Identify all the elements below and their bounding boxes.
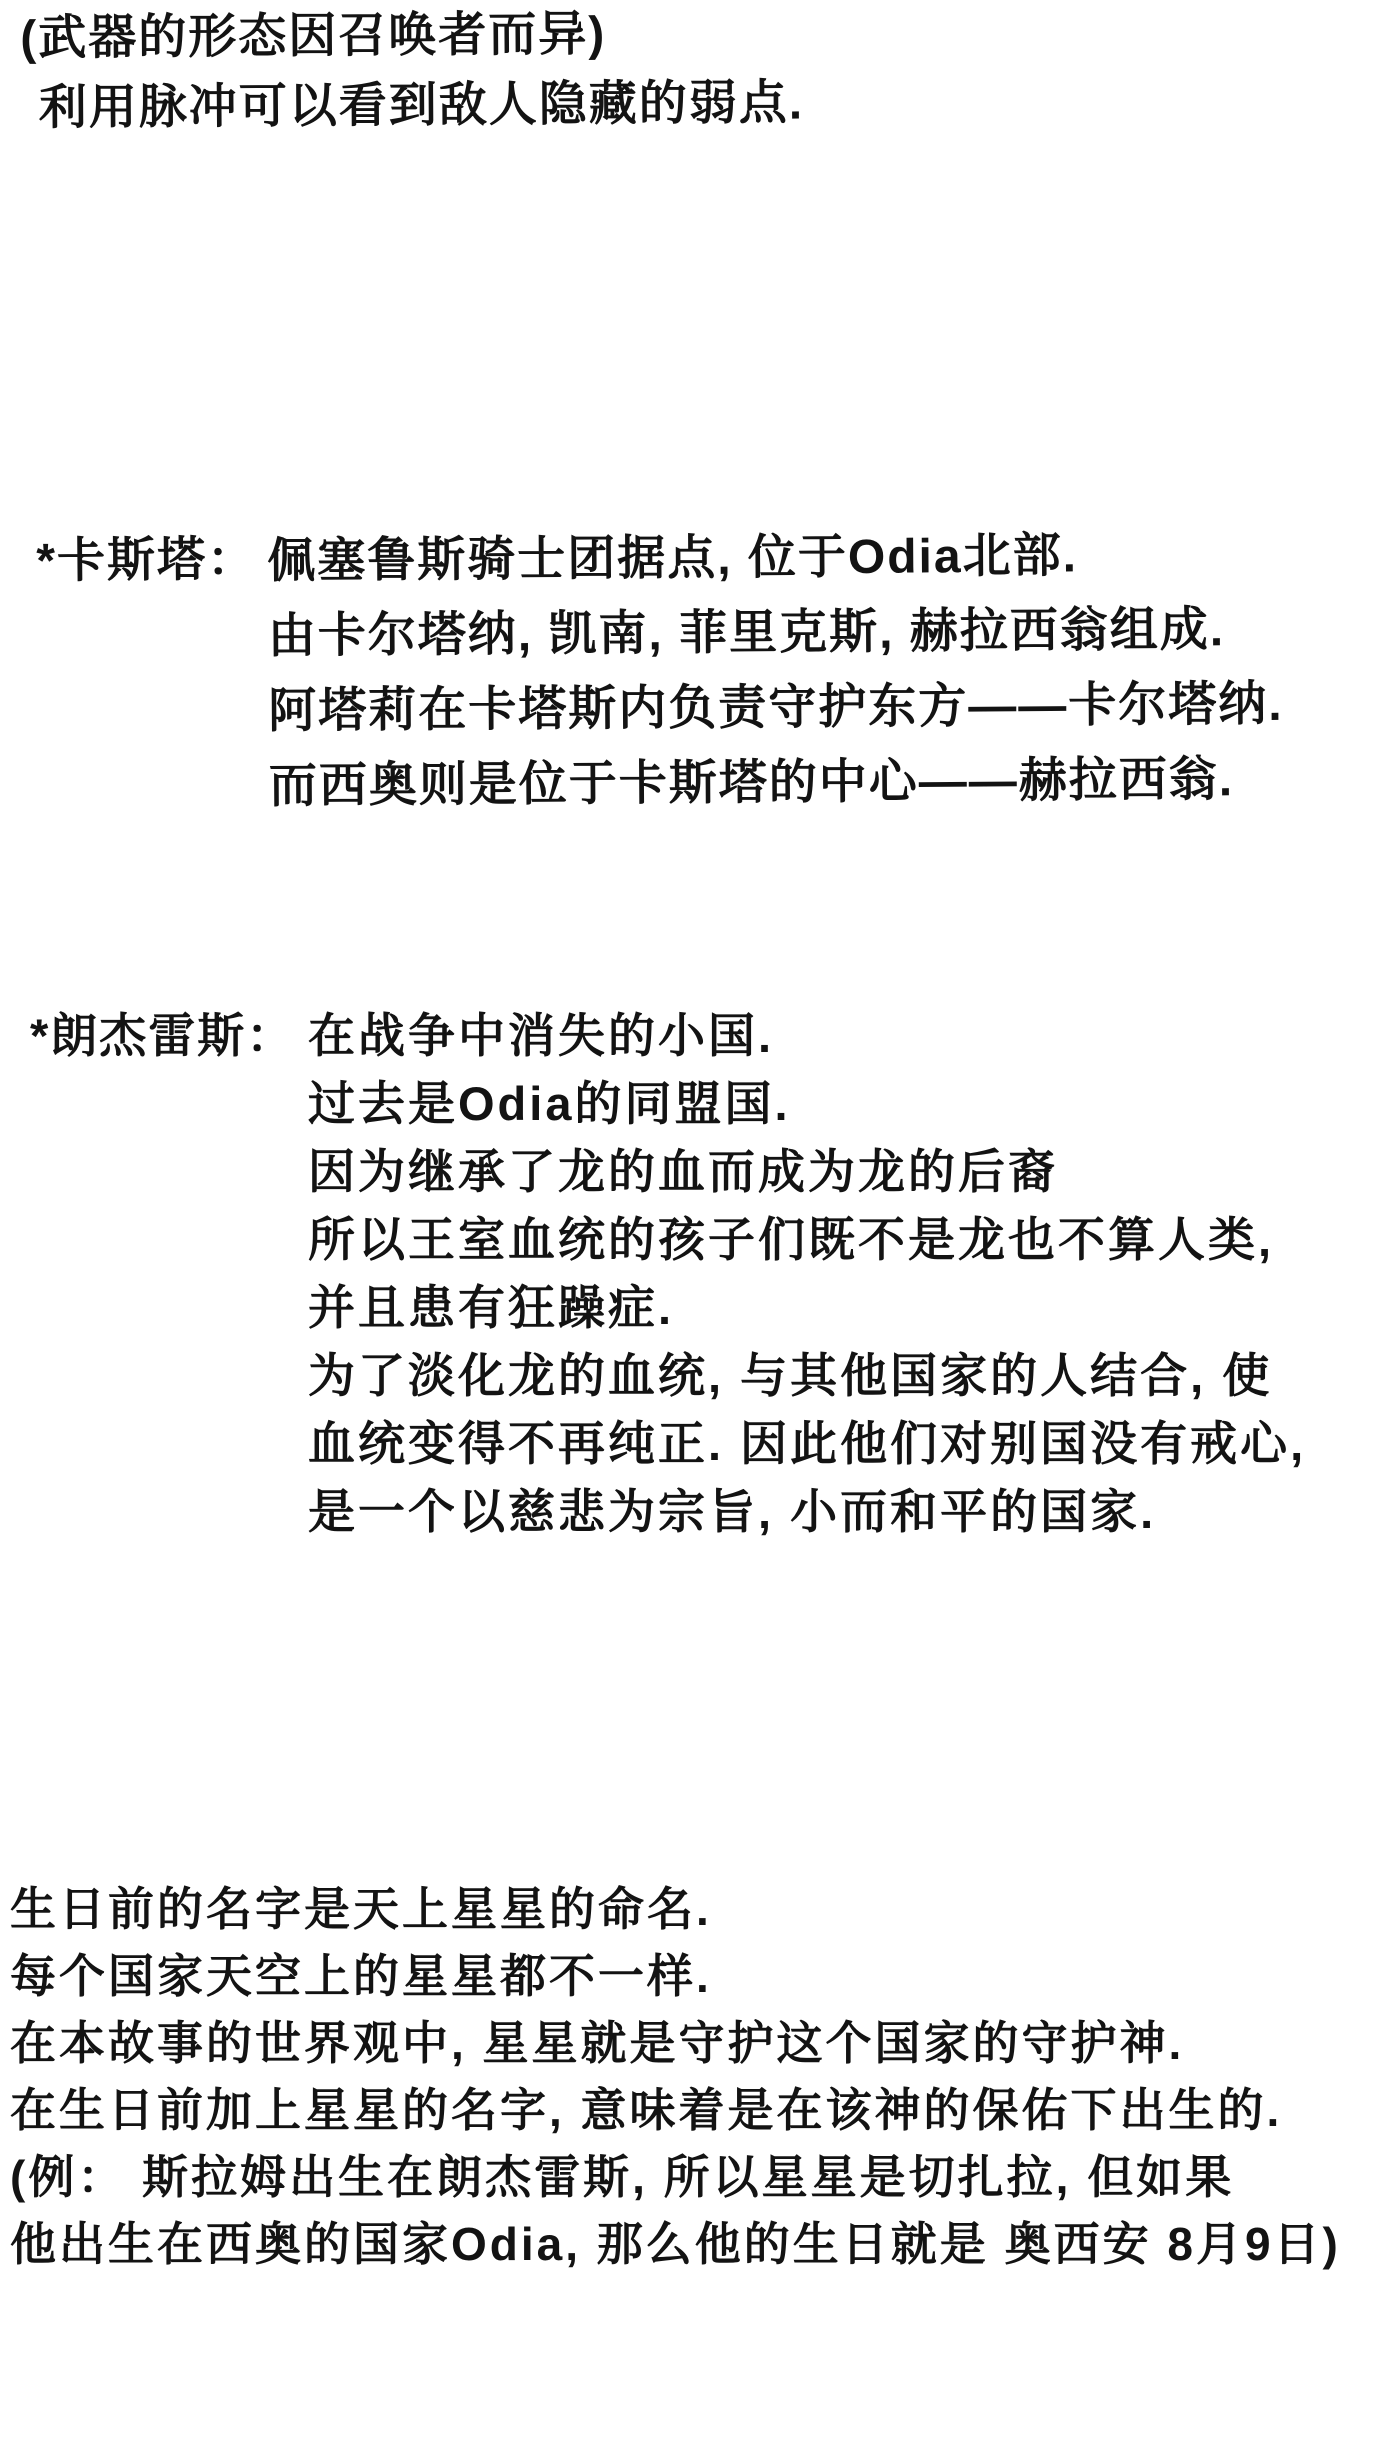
glossary-desc-langjieres: 在战争中消失的小国. 过去是Odia的同盟国. 因为继承了龙的血而成为龙的后裔 … — [308, 1002, 1306, 1546]
term-label: *朗杰雷斯： — [30, 1002, 295, 1070]
text-line: 所以王室血统的孩子们既不是龙也不算人类, — [308, 1206, 1306, 1274]
text-line: 在本故事的世界观中, 星星就是守护这个国家的守护神. — [10, 2010, 1341, 2077]
birthday-star-note: 生日前的名字是天上星星的命名. 每个国家天空上的星星都不一样. 在本故事的世界观… — [10, 1876, 1341, 2278]
text-line: 血统变得不再纯正. 因此他们对别国没有戒心, — [308, 1410, 1306, 1478]
text-line: 因为继承了龙的血而成为龙的后裔 — [308, 1138, 1306, 1206]
text-line: 阿塔莉在卡塔斯内负责守护东方——卡尔塔纳. — [268, 667, 1284, 749]
term-label: *卡斯塔： — [36, 522, 257, 599]
text-line: 并且患有狂躁症. — [308, 1274, 1306, 1342]
text-line: 在战争中消失的小国. — [308, 1002, 1306, 1070]
text-line: 利用脉冲可以看到敌人隐藏的弱点. — [38, 69, 804, 144]
intro-note: (武器的形态因召唤者而异) 利用脉冲可以看到敌人隐藏的弱点. — [20, 0, 804, 144]
text-line: 由卡尔塔纳, 凯南, 菲里克斯, 赫拉西翁组成. — [268, 592, 1284, 674]
manga-translation-notes-page: (武器的形态因召唤者而异) 利用脉冲可以看到敌人隐藏的弱点. *卡斯塔： 佩塞鲁… — [0, 0, 1380, 2456]
text-line: 生日前的名字是天上星星的命名. — [10, 1876, 1341, 1943]
text-line: 为了淡化龙的血统, 与其他国家的人结合, 使 — [308, 1342, 1306, 1410]
glossary-desc-kasta: 佩塞鲁斯骑士团据点, 位于Odia北部. 由卡尔塔纳, 凯南, 菲里克斯, 赫拉… — [267, 517, 1284, 824]
text-line: 是一个以慈悲为宗旨, 小而和平的国家. — [308, 1478, 1306, 1546]
text-line: (武器的形态因召唤者而异) — [20, 0, 804, 74]
text-line: 每个国家天空上的星星都不一样. — [10, 1943, 1341, 2010]
text-line: 佩塞鲁斯骑士团据点, 位于Odia北部. — [267, 517, 1283, 599]
glossary-term-langjieres: *朗杰雷斯： — [30, 1002, 295, 1070]
text-line: (例： 斯拉姆出生在朗杰雷斯, 所以星星是切扎拉, 但如果 — [10, 2144, 1341, 2211]
text-line: 在生日前加上星星的名字, 意味着是在该神的保佑下出生的. — [10, 2077, 1341, 2144]
text-line: 过去是Odia的同盟国. — [308, 1070, 1306, 1138]
glossary-term-kasta: *卡斯塔： — [36, 522, 257, 599]
text-line: 而西奥则是位于卡斯塔的中心——赫拉西翁. — [269, 742, 1285, 824]
text-line: 他出生在西奥的国家Odia, 那么他的生日就是 奥西安 8月9日) — [10, 2211, 1341, 2278]
